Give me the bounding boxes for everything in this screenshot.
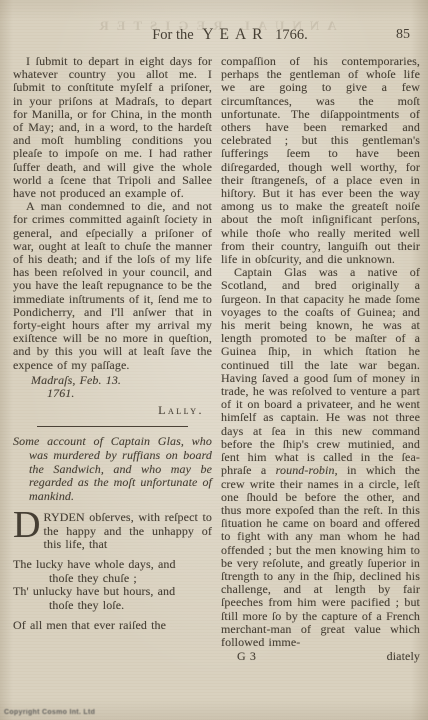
verse-line: The lucky have whole days, and <box>13 558 212 572</box>
dateline-year: 1761. <box>13 387 212 400</box>
signature-mark: G 3 <box>237 650 256 663</box>
paragraph-lally-submit: I ſubmit to depart in eight days for wha… <box>13 55 212 200</box>
verse-quotation: The lucky have whole days, and thoſe the… <box>13 558 212 612</box>
verse-line: Th' unlucky have but hours, and <box>13 585 212 599</box>
letter-signature: Lally. <box>13 404 212 417</box>
text-columns: I ſubmit to depart in eight days for wha… <box>13 55 420 663</box>
running-title-year-number: 1766. <box>275 27 308 43</box>
running-title-prefix: For the <box>152 27 193 43</box>
catchword: diately <box>387 650 420 663</box>
page-header: For the YEAR 1766. 85 <box>0 26 428 46</box>
page-number: 85 <box>396 27 410 43</box>
left-column: I ſubmit to depart in eight days for wha… <box>13 55 212 663</box>
paragraph-compassion: compaſſion of his contemporaries, perhap… <box>221 55 420 266</box>
drop-cap-letter: D <box>13 511 44 538</box>
paragraph-of-all-men: Of all men that ever raiſed the <box>13 619 212 632</box>
running-title-year-word: YEAR <box>202 26 268 43</box>
copyright-watermark: Copyright Cosmo Int. Ltd <box>4 709 95 716</box>
paragraph-captain-glas-text: Captain Glas was a native of Scotland, a… <box>221 265 420 477</box>
paragraph-dryden-text: RYDEN obſerves, with reſpect to the happ… <box>44 510 212 550</box>
right-column: compaſſion of his contemporaries, perhap… <box>221 55 420 663</box>
running-title: For the YEAR 1766. <box>115 26 345 44</box>
section-divider-rule <box>37 426 188 427</box>
column-footer: G 3 diately <box>221 650 420 663</box>
paragraph-lally-condemned: A man condemned to die, and not for crim… <box>13 200 212 372</box>
italic-phrase-round-robin: round-robin <box>276 463 335 477</box>
paragraph-dryden: DRYDEN obſerves, with reſpect to the hap… <box>13 511 212 551</box>
dateline-place: Madraſs, Feb. 13. <box>13 374 212 387</box>
verse-line: thoſe they loſe. <box>13 599 212 613</box>
book-page-scan: ANNUAL REGISTER For the YEAR 1766. 85 I … <box>0 0 428 720</box>
paragraph-captain-glas-continued: , in which the crew write their names in… <box>221 463 420 649</box>
section-heading-captain-glas: Some account of Captain Glas, who was mu… <box>13 435 212 503</box>
paragraph-captain-glas: Captain Glas was a native of Scotland, a… <box>221 266 420 649</box>
verse-line: thoſe they chuſe ; <box>13 572 212 586</box>
